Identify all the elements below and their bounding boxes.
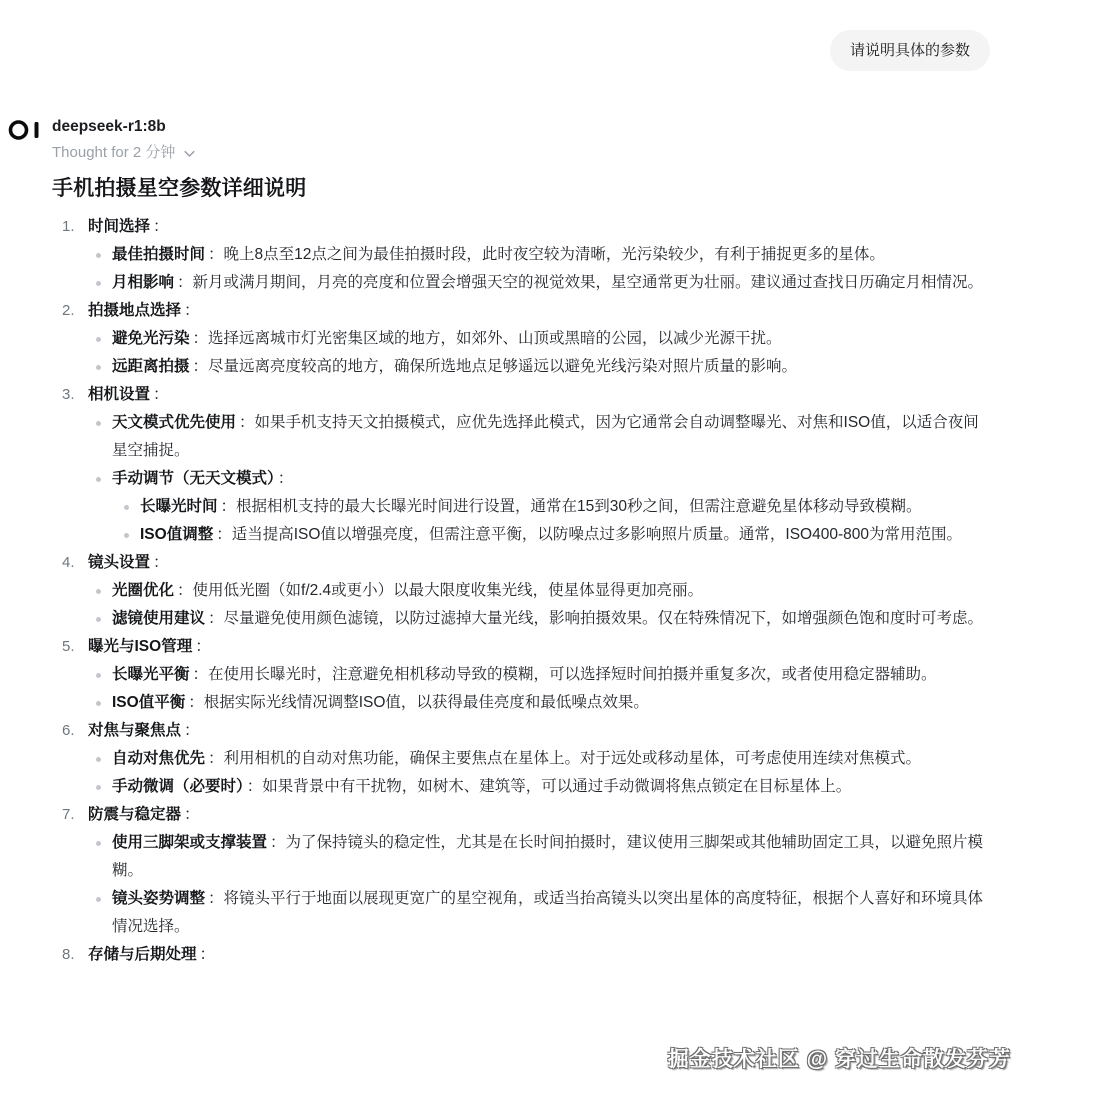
- thought-duration-label: Thought for 2 分钟: [52, 143, 175, 163]
- term-description: ：新月或满月期间，月亮的亮度和位置会增强天空的视觉效果，星空通常更为壮丽。建议通…: [177, 274, 983, 291]
- bullet-list: 天文模式优先使用：如果手机支持天文拍摄模式，应优先选择此模式，因为它通常会自动调…: [88, 409, 992, 549]
- bold-term: 光圈优化: [112, 582, 174, 599]
- bold-term: 曝光与ISO管理: [88, 638, 192, 655]
- bold-term: 避免光污染: [112, 330, 190, 347]
- bullet-list: 使用三脚架或支撑装置：为了保持镜头的稳定性，尤其是在长时间拍摄时，建议使用三脚架…: [88, 829, 992, 941]
- term-description: ：尽量避免使用颜色滤镜，以防过滤掉大量光线，影响拍摄效果。仅在特殊情况下，如增强…: [208, 610, 983, 627]
- bullet-list: 长曝光平衡：在使用长曝光时，注意避免相机移动导致的模糊，可以选择短时间拍摄并重复…: [88, 661, 992, 717]
- user-message-row: 请说明具体的参数: [830, 30, 990, 71]
- list-item: 4.镜头设置：光圈优化：使用低光圈（如f/2.4或更小）以最大限度收集光线，使星…: [62, 549, 992, 633]
- chat-page: 请说明具体的参数 deepseek-r1:8b Thought for 2 分钟…: [0, 0, 1119, 1095]
- model-name: deepseek-r1:8b: [52, 116, 1008, 138]
- term-description: ：使用低光圈（如f/2.4或更小）以最大限度收集光线，使星体显得更加亮丽。: [177, 582, 703, 599]
- list-number: 6.: [62, 717, 75, 745]
- term-description: ：: [184, 806, 200, 823]
- list-item: 2.拍摄地点选择：避免光污染：选择远离城市灯光密集区域的地方，如郊外、山顶或黑暗…: [62, 297, 992, 381]
- term-description: ：晚上8点至12点之间为最佳拍摄时段，此时夜空较为清晰，光污染较少，有利于捕捉更…: [208, 246, 885, 263]
- list-item-line: 自动对焦优先：利用相机的自动对焦功能，确保主要焦点在星体上。对于远处或移动星体，…: [112, 745, 992, 773]
- list-item: 7.防震与稳定器：使用三脚架或支撑装置：为了保持镜头的稳定性，尤其是在长时间拍摄…: [62, 801, 992, 941]
- bullet-list: 光圈优化：使用低光圈（如f/2.4或更小）以最大限度收集光线，使星体显得更加亮丽…: [88, 577, 992, 633]
- sub-list-item: 长曝光平衡：在使用长曝光时，注意避免相机移动导致的模糊，可以选择短时间拍摄并重复…: [112, 661, 992, 689]
- term-description: ：根据相机支持的最大长曝光时间进行设置，通常在15到30秒之间，但需注意避免星体…: [221, 498, 922, 515]
- chevron-down-icon: [182, 146, 197, 161]
- list-number: 2.: [62, 297, 75, 325]
- list-number: 8.: [62, 941, 75, 969]
- list-number: 4.: [62, 549, 75, 577]
- bold-term: 天文模式优先使用: [112, 414, 236, 431]
- bold-term: 长曝光时间: [140, 498, 218, 515]
- term-description: ：尽量远离亮度较高的地方，确保所选地点足够遥远以避免光线污染对照片质量的影响。: [193, 358, 798, 375]
- list-item-line: 光圈优化：使用低光圈（如f/2.4或更小）以最大限度收集光线，使星体显得更加亮丽…: [112, 577, 992, 605]
- bold-term: 拍摄地点选择: [88, 302, 181, 319]
- thought-duration-toggle[interactable]: Thought for 2 分钟: [52, 143, 197, 163]
- term-description: ：选择远离城市灯光密集区域的地方，如郊外、山顶或黑暗的公园，以减少光源干扰。: [193, 330, 782, 347]
- list-item-line: 长曝光时间：根据相机支持的最大长曝光时间进行设置，通常在15到30秒之间，但需注…: [140, 493, 992, 521]
- list-item-line: 天文模式优先使用：如果手机支持天文拍摄模式，应优先选择此模式，因为它通常会自动调…: [112, 409, 992, 465]
- list-item-line: 避免光污染：选择远离城市灯光密集区域的地方，如郊外、山顶或黑暗的公园，以减少光源…: [112, 325, 992, 353]
- term-description: ：将镜头平行于地面以展现更宽广的星空视角，或适当抬高镜头以突出星体的高度特征，根…: [112, 890, 983, 935]
- term-description: ：: [278, 470, 294, 487]
- term-description: ：如果手机支持天文拍摄模式，应优先选择此模式，因为它通常会自动调整曝光、对焦和I…: [112, 414, 979, 459]
- sub-list-item: 远距离拍摄：尽量远离亮度较高的地方，确保所选地点足够遥远以避免光线污染对照片质量…: [112, 353, 992, 381]
- list-item: 3.相机设置：天文模式优先使用：如果手机支持天文拍摄模式，应优先选择此模式，因为…: [62, 381, 992, 549]
- list-item-line: 手动微调（必要时）：如果背景中有干扰物，如树木、建筑等，可以通过手动微调将焦点锁…: [112, 773, 992, 801]
- list-number: 7.: [62, 801, 75, 829]
- bullet-list: 最佳拍摄时间：晚上8点至12点之间为最佳拍摄时段，此时夜空较为清晰，光污染较少，…: [88, 241, 992, 297]
- sub-list-item: 光圈优化：使用低光圈（如f/2.4或更小）以最大限度收集光线，使星体显得更加亮丽…: [112, 577, 992, 605]
- list-item: 8.存储与后期处理：: [62, 941, 992, 969]
- sub-list-item: 最佳拍摄时间：晚上8点至12点之间为最佳拍摄时段，此时夜空较为清晰，光污染较少，…: [112, 241, 992, 269]
- bold-term: 长曝光平衡: [112, 666, 190, 683]
- list-item-line: 滤镜使用建议：尽量避免使用颜色滤镜，以防过滤掉大量光线，影响拍摄效果。仅在特殊情…: [112, 605, 992, 633]
- list-item-line: 手动调节（无天文模式）：: [112, 465, 992, 493]
- sub-list-item: 镜头姿势调整：将镜头平行于地面以展现更宽广的星空视角，或适当抬高镜头以突出星体的…: [112, 885, 992, 941]
- sub-list-item: 手动微调（必要时）：如果背景中有干扰物，如树木、建筑等，可以通过手动微调将焦点锁…: [112, 773, 992, 801]
- bold-term: 手动调节（无天文模式）: [112, 470, 275, 487]
- bold-term: 防震与稳定器: [88, 806, 181, 823]
- list-item-line: 最佳拍摄时间：晚上8点至12点之间为最佳拍摄时段，此时夜空较为清晰，光污染较少，…: [112, 241, 992, 269]
- sub-list-item: 滤镜使用建议：尽量避免使用颜色滤镜，以防过滤掉大量光线，影响拍摄效果。仅在特殊情…: [112, 605, 992, 633]
- bold-term: 远距离拍摄: [112, 358, 190, 375]
- sub-list-item: 长曝光时间：根据相机支持的最大长曝光时间进行设置，通常在15到30秒之间，但需注…: [140, 493, 992, 521]
- bold-term: 使用三脚架或支撑装置: [112, 834, 267, 851]
- term-description: ：: [184, 722, 200, 739]
- article-title: 手机拍摄星空参数详细说明: [52, 176, 992, 202]
- sub-list-item: 避免光污染：选择远离城市灯光密集区域的地方，如郊外、山顶或黑暗的公园，以减少光源…: [112, 325, 992, 353]
- term-description: ：: [195, 638, 211, 655]
- list-item: 6.对焦与聚焦点：自动对焦优先：利用相机的自动对焦功能，确保主要焦点在星体上。对…: [62, 717, 992, 801]
- list-item-line: 远距离拍摄：尽量远离亮度较高的地方，确保所选地点足够遥远以避免光线污染对照片质量…: [112, 353, 992, 381]
- ordered-list: 1.时间选择：最佳拍摄时间：晚上8点至12点之间为最佳拍摄时段，此时夜空较为清晰…: [52, 213, 992, 969]
- sub-list-item: 天文模式优先使用：如果手机支持天文拍摄模式，应优先选择此模式，因为它通常会自动调…: [112, 409, 992, 465]
- bold-term: 存储与后期处理: [88, 946, 197, 963]
- sub-list-item: 使用三脚架或支撑装置：为了保持镜头的稳定性，尤其是在长时间拍摄时，建议使用三脚架…: [112, 829, 992, 885]
- bullet-list: 避免光污染：选择远离城市灯光密集区域的地方，如郊外、山顶或黑暗的公园，以减少光源…: [88, 325, 992, 381]
- term-description: ：: [184, 302, 200, 319]
- bold-term: 镜头设置: [88, 554, 150, 571]
- list-item-line: 1.时间选择：: [88, 213, 992, 241]
- sub-list-item: 自动对焦优先：利用相机的自动对焦功能，确保主要焦点在星体上。对于远处或移动星体，…: [112, 745, 992, 773]
- list-item-line: ISO值平衡：根据实际光线情况调整ISO值，以获得最佳亮度和最低噪点效果。: [112, 689, 992, 717]
- term-description: ：如果背景中有干扰物，如树木、建筑等，可以通过手动微调将焦点锁定在目标星体上。: [247, 778, 852, 795]
- bullet-list: 长曝光时间：根据相机支持的最大长曝光时间进行设置，通常在15到30秒之间，但需注…: [112, 493, 992, 549]
- bold-term: ISO值调整: [140, 526, 213, 543]
- list-item-line: 2.拍摄地点选择：: [88, 297, 992, 325]
- watermark-text: 掘金技术社区 @ 穿过生命散发芬芳: [668, 1043, 1011, 1073]
- user-message-bubble: 请说明具体的参数: [830, 30, 990, 71]
- list-number: 5.: [62, 633, 75, 661]
- list-item-line: 月相影响：新月或满月期间，月亮的亮度和位置会增强天空的视觉效果，星空通常更为壮丽…: [112, 269, 992, 297]
- term-description: ：在使用长曝光时，注意避免相机移动导致的模糊，可以选择短时间拍摄并重复多次，或者…: [193, 666, 937, 683]
- list-item-line: 5.曝光与ISO管理：: [88, 633, 992, 661]
- bold-term: 自动对焦优先: [112, 750, 205, 767]
- sub-list-item: ISO值平衡：根据实际光线情况调整ISO值，以获得最佳亮度和最低噪点效果。: [112, 689, 992, 717]
- bold-term: 对焦与聚焦点: [88, 722, 181, 739]
- bold-term: 相机设置: [88, 386, 150, 403]
- bold-term: 手动微调（必要时）: [112, 778, 244, 795]
- bold-term: 时间选择: [88, 218, 150, 235]
- term-description: ：: [153, 218, 169, 235]
- bold-term: 月相影响: [112, 274, 174, 291]
- bullet-list: 自动对焦优先：利用相机的自动对焦功能，确保主要焦点在星体上。对于远处或移动星体，…: [88, 745, 992, 801]
- list-item-line: ISO值调整：适当提高ISO值以增强亮度，但需注意平衡，以防噪点过多影响照片质量…: [140, 521, 992, 549]
- markdown-content: 手机拍摄星空参数详细说明 1.时间选择：最佳拍摄时间：晚上8点至12点之间为最佳…: [52, 176, 992, 969]
- sub-list-item: ISO值调整：适当提高ISO值以增强亮度，但需注意平衡，以防噪点过多影响照片质量…: [140, 521, 992, 549]
- list-item-line: 7.防震与稳定器：: [88, 801, 992, 829]
- parameter-list: 1.时间选择：最佳拍摄时间：晚上8点至12点之间为最佳拍摄时段，此时夜空较为清晰…: [52, 213, 992, 969]
- term-description: ：: [153, 554, 169, 571]
- list-item-line: 8.存储与后期处理：: [88, 941, 992, 969]
- assistant-body: deepseek-r1:8b Thought for 2 分钟 手机拍摄星空参数…: [52, 116, 1008, 969]
- list-item-line: 使用三脚架或支撑装置：为了保持镜头的稳定性，尤其是在长时间拍摄时，建议使用三脚架…: [112, 829, 992, 885]
- bold-term: 最佳拍摄时间: [112, 246, 205, 263]
- term-description: ：: [153, 386, 169, 403]
- list-item-line: 6.对焦与聚焦点：: [88, 717, 992, 745]
- term-description: ：: [200, 946, 216, 963]
- assistant-avatar: [8, 116, 52, 969]
- bold-term: ISO值平衡: [112, 694, 185, 711]
- list-item-line: 镜头姿势调整：将镜头平行于地面以展现更宽广的星空视角，或适当抬高镜头以突出星体的…: [112, 885, 992, 941]
- bold-term: 滤镜使用建议: [112, 610, 205, 627]
- list-number: 1.: [62, 213, 75, 241]
- list-item: 5.曝光与ISO管理：长曝光平衡：在使用长曝光时，注意避免相机移动导致的模糊，可…: [62, 633, 992, 717]
- list-item-line: 长曝光平衡：在使用长曝光时，注意避免相机移动导致的模糊，可以选择短时间拍摄并重复…: [112, 661, 992, 689]
- term-description: ：利用相机的自动对焦功能，确保主要焦点在星体上。对于远处或移动星体，可考虑使用连…: [208, 750, 921, 767]
- term-description: ：适当提高ISO值以增强亮度，但需注意平衡，以防噪点过多影响照片质量。通常，IS…: [216, 526, 962, 543]
- openwebui-logo-icon: [8, 118, 42, 142]
- bold-term: 镜头姿势调整: [112, 890, 205, 907]
- list-item-line: 3.相机设置：: [88, 381, 992, 409]
- list-item: 1.时间选择：最佳拍摄时间：晚上8点至12点之间为最佳拍摄时段，此时夜空较为清晰…: [62, 213, 992, 297]
- list-number: 3.: [62, 381, 75, 409]
- sub-list-item: 月相影响：新月或满月期间，月亮的亮度和位置会增强天空的视觉效果，星空通常更为壮丽…: [112, 269, 992, 297]
- term-description: ：根据实际光线情况调整ISO值，以获得最佳亮度和最低噪点效果。: [188, 694, 649, 711]
- list-item-line: 4.镜头设置：: [88, 549, 992, 577]
- assistant-message: deepseek-r1:8b Thought for 2 分钟 手机拍摄星空参数…: [8, 116, 1008, 969]
- sub-list-item: 手动调节（无天文模式）：长曝光时间：根据相机支持的最大长曝光时间进行设置，通常在…: [112, 465, 992, 549]
